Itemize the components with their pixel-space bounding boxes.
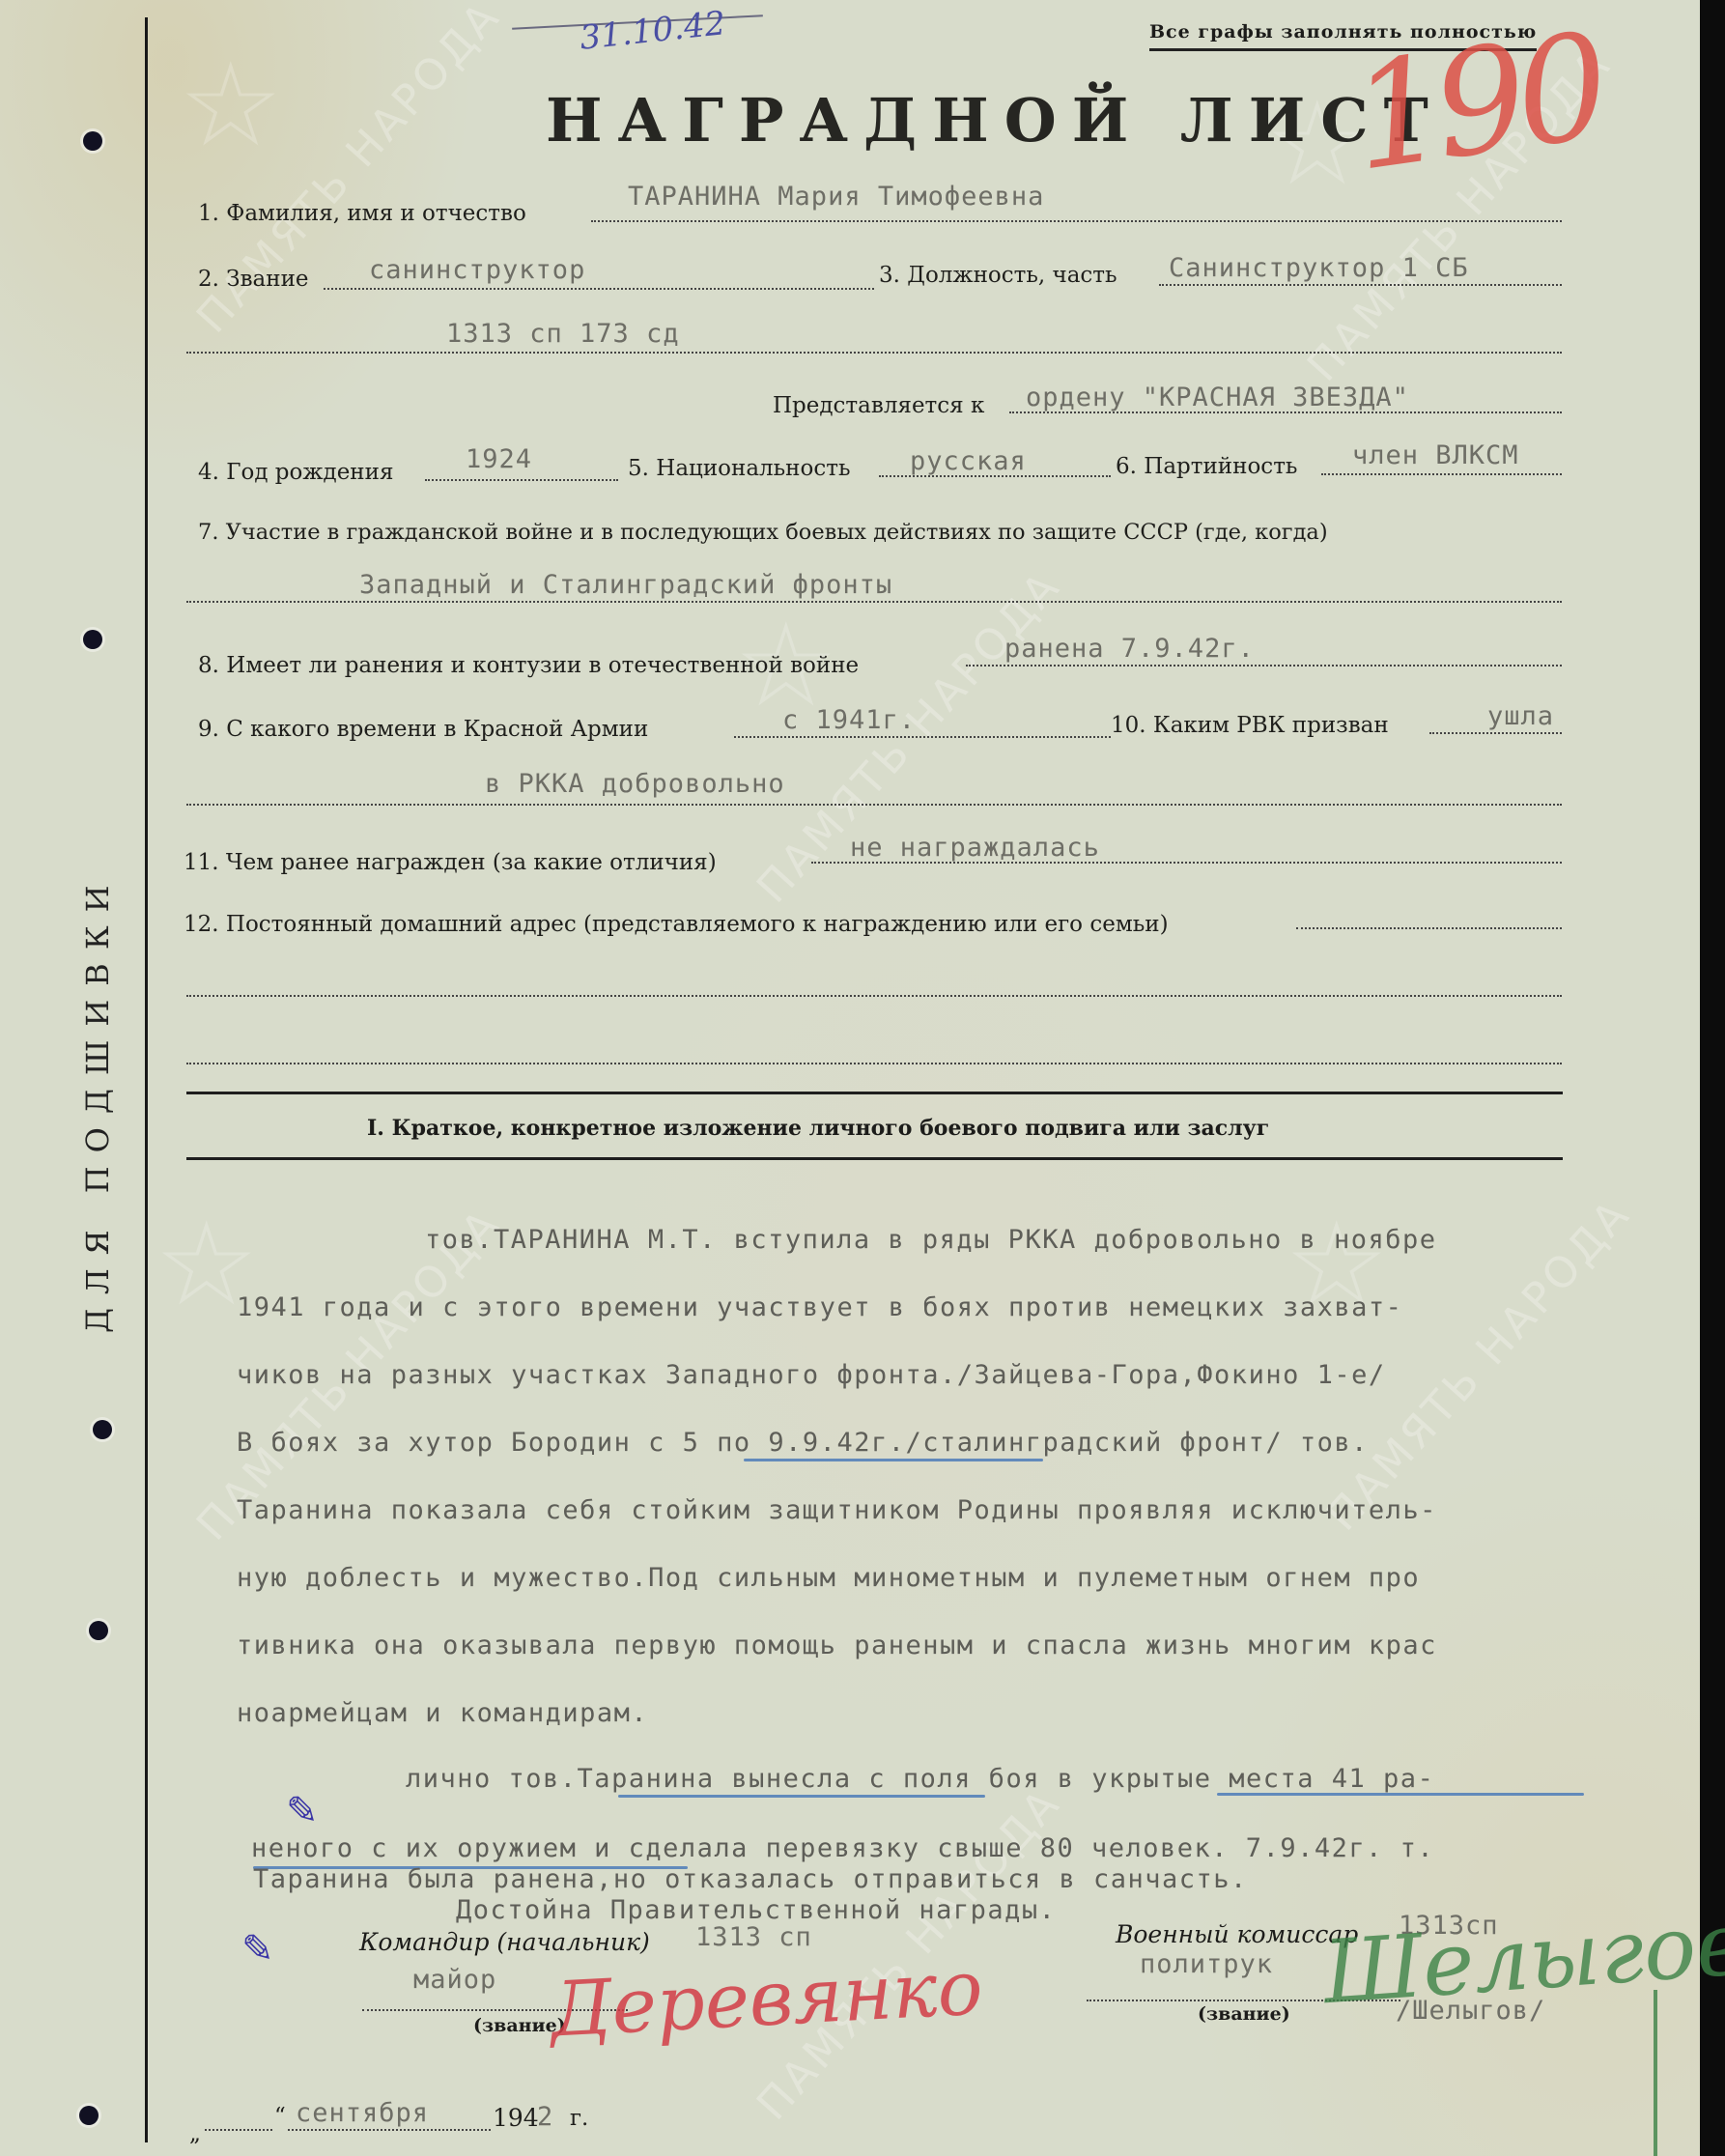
date-month-line	[288, 2129, 491, 2131]
punch-hole	[93, 1420, 112, 1439]
field-4-line	[425, 479, 618, 481]
field-3-cont-line	[186, 352, 1562, 354]
narrative-line: 1941 года и с этого времени участвует в …	[237, 1292, 1402, 1322]
field-1-value[interactable]: ТАРАНИНА Мария Тимофеевна	[628, 182, 1044, 212]
narrative-line: ноармейцам и командирам.	[237, 1698, 648, 1728]
punch-hole	[89, 1621, 108, 1640]
field-11-label: 11. Чем ранее награжден (за какие отличи…	[184, 850, 717, 875]
scan-edge	[1700, 0, 1725, 2156]
commissar-rank: политрук	[1140, 1949, 1273, 1979]
field-7-label: 7. Участие в гражданской войне и в после…	[198, 520, 1328, 545]
narrative-line: лично тов.Таранина вынесла с поля боя в …	[406, 1764, 1434, 1794]
binding-label: ДЛЯ ПОДШИВКИ	[79, 872, 116, 1334]
field-9-label: 9. С какого времени в Красной Армии	[198, 717, 648, 742]
section-heading: I. Краткое, конкретное изложение личного…	[367, 1116, 1269, 1141]
field-12-line-3	[186, 1063, 1562, 1064]
narrative-line: тов.ТАРАНИНА М.Т. вступила в ряды РККА д…	[425, 1225, 1437, 1255]
date-close-quote: “	[274, 2104, 286, 2129]
section-bottom-rule	[186, 1157, 1563, 1160]
punch-hole	[79, 2106, 99, 2125]
narrative-line: Таранина была ранена,но отказалась отпра…	[253, 1864, 1248, 1894]
field-2-label: 2. Звание	[198, 267, 309, 292]
date-open-quote: „	[189, 2121, 201, 2146]
signature-stroke	[1654, 1990, 1657, 2156]
date-day-line	[205, 2129, 272, 2131]
field-6-label: 6. Партийность	[1116, 454, 1297, 479]
field-10-value-cont[interactable]: в РККА добровольно	[485, 769, 785, 799]
blue-underline	[1217, 1793, 1584, 1796]
field-10-cont-line	[186, 804, 1562, 806]
narrative-line: Достойна Правительственной награды.	[456, 1895, 1056, 1925]
date-year-unit: г.	[570, 2106, 588, 2131]
narrative-line: чиков на разных участках Западного фронт…	[237, 1360, 1386, 1390]
field-6-line	[1321, 473, 1562, 475]
blue-underline	[618, 1795, 985, 1798]
narrative-line: тивника она оказывала первую помощь ране…	[237, 1631, 1437, 1660]
commander-rank: майор	[413, 1965, 496, 1995]
blue-underline	[744, 1459, 1043, 1461]
field-9-value[interactable]: с 1941г.	[782, 705, 916, 735]
commander-unit: 1313 сп	[695, 1922, 812, 1952]
field-8-label: 8. Имеет ли ранения и контузии в отечест…	[198, 653, 859, 678]
field-8-value[interactable]: ранена 7.9.42г.	[1004, 634, 1255, 664]
narrative-line: неного с их оружием и сделала перевязку …	[251, 1833, 1434, 1863]
field-4-value[interactable]: 1924	[466, 444, 532, 474]
commander-label: Командир (начальник)	[359, 1928, 650, 1956]
field-3-value[interactable]: Санинструктор 1 СБ	[1169, 253, 1469, 283]
punch-hole	[83, 131, 102, 151]
award-label: Представляется к	[773, 393, 984, 418]
award-value[interactable]: ордену "КРАСНАЯ ЗВЕЗДА"	[1026, 383, 1409, 412]
narrative-line: ную доблесть и мужество.Под сильным мино…	[237, 1563, 1420, 1593]
field-10-label: 10. Каким РВК призван	[1111, 713, 1389, 738]
red-pencil-mark: 190	[1342, 3, 1610, 204]
field-7-value[interactable]: Западный и Сталинградский фронты	[359, 570, 892, 600]
narrative-line: В боях за хутор Бородин с 5 по 9.9.42г./…	[237, 1428, 1369, 1458]
date-month[interactable]: сентября	[296, 2098, 429, 2128]
field-4-label: 4. Год рождения	[198, 460, 393, 485]
field-3-label: 3. Должность, часть	[879, 263, 1117, 288]
field-3-value-cont[interactable]: 1313 сп 173 сд	[446, 319, 680, 349]
document-title: НАГРАДНОЙ ЛИСТ	[546, 85, 1444, 156]
field-1-line	[591, 220, 1562, 222]
field-10-line	[1429, 732, 1562, 734]
section-top-rule	[186, 1092, 1563, 1094]
field-5-value[interactable]: русская	[910, 446, 1027, 476]
field-12-label: 12. Постоянный домашний адрес (представл…	[184, 912, 1169, 937]
field-7-line	[186, 601, 1562, 603]
field-12-line	[1296, 927, 1562, 929]
field-12-line-2	[186, 995, 1562, 997]
field-11-value[interactable]: не награждалась	[850, 833, 1100, 863]
narrative-line: Таранина показала себя стойким защитнико…	[237, 1495, 1437, 1525]
date-year-prefix: 194	[493, 2104, 539, 2132]
field-2-line	[324, 288, 874, 290]
field-9-line	[734, 736, 1111, 738]
field-3-line	[1159, 284, 1562, 286]
field-1-label: 1. Фамилия, имя и отчество	[198, 201, 526, 226]
field-6-value[interactable]: член ВЛКСМ	[1352, 440, 1519, 470]
field-10-value[interactable]: ушла	[1487, 701, 1554, 731]
punch-hole	[83, 630, 102, 649]
field-5-label: 5. Национальность	[628, 456, 850, 481]
commissar-rank-caption: (звание)	[1198, 2003, 1290, 2025]
field-8-line	[966, 665, 1562, 667]
field-2-value[interactable]: санинструктор	[369, 255, 585, 285]
date-year-suffix[interactable]: 2	[537, 2102, 553, 2132]
binding-margin-line	[145, 17, 148, 2142]
